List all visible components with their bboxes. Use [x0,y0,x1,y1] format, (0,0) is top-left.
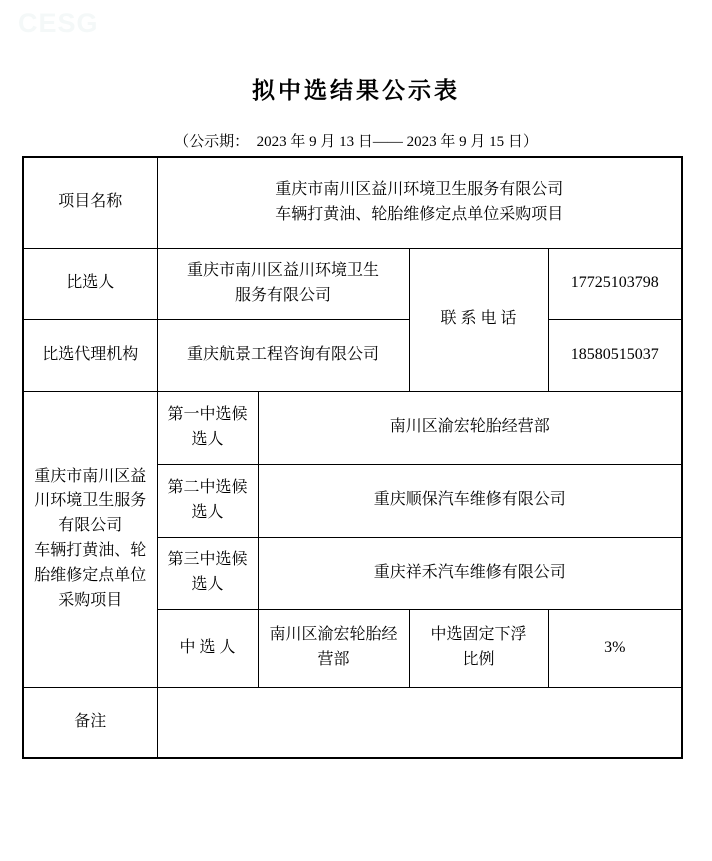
project-block-line2: 车辆打黄油、轮胎维修定点单位采购项目 [30,539,151,613]
winner-ratio-value: 3% [548,609,682,687]
project-block-cell: 重庆市南川区益川环境卫生服务有限公司 车辆打黄油、轮胎维修定点单位采购项目 [23,391,157,687]
winner-value: 南川区渝宏轮胎经营部 [258,609,409,687]
result-table: 项目名称 重庆市南川区益川环境卫生服务有限公司 车辆打黄油、轮胎维修定点单位采购… [22,156,683,759]
contact-phone-label: 联 系 电 话 [409,248,548,391]
table-row-agency: 比选代理机构 重庆航景工程咨询有限公司 18580515037 [23,319,682,391]
cesg-watermark: CESG [18,8,99,39]
candidate-3-label: 第三中选候选人 [157,537,258,609]
candidate-1-label: 第一中选候选人 [157,391,258,464]
project-name-label: 项目名称 [23,157,157,248]
table-row-selector: 比选人 重庆市南川区益川环境卫生服务有限公司 联 系 电 话 177251037… [23,248,682,319]
remarks-label: 备注 [23,687,157,758]
selector-value-text: 重庆市南川区益川环境卫生服务有限公司 [183,259,383,309]
selector-value: 重庆市南川区益川环境卫生服务有限公司 [157,248,409,319]
table-row-project-name: 项目名称 重庆市南川区益川环境卫生服务有限公司 车辆打黄油、轮胎维修定点单位采购… [23,157,682,248]
publicity-period: （公示期： 2023 年 9 月 13 日—— 2023 年 9 月 15 日） [0,130,712,151]
agency-value: 重庆航景工程咨询有限公司 [157,319,409,391]
winner-label: 中 选 人 [157,609,258,687]
candidate-2-label: 第二中选候选人 [157,464,258,537]
winner-ratio-label: 中选固定下浮比例 [409,609,548,687]
agency-label: 比选代理机构 [23,319,157,391]
winner-ratio-label-text: 中选固定下浮比例 [429,623,529,673]
page-title: 拟中选结果公示表 [0,72,712,105]
candidate-1-value: 南川区渝宏轮胎经营部 [258,391,682,464]
document-page: { "watermark": "CESG", "title": "拟中选结果公示… [0,0,712,861]
project-name-value: 重庆市南川区益川环境卫生服务有限公司 车辆打黄油、轮胎维修定点单位采购项目 [157,157,682,248]
table-row-candidate-1: 重庆市南川区益川环境卫生服务有限公司 车辆打黄油、轮胎维修定点单位采购项目 第一… [23,391,682,464]
candidate-3-value: 重庆祥禾汽车维修有限公司 [258,537,682,609]
candidate-2-value: 重庆顺保汽车维修有限公司 [258,464,682,537]
project-block-line1: 重庆市南川区益川环境卫生服务有限公司 [30,465,151,539]
table-row-remarks: 备注 [23,687,682,758]
selector-phone: 17725103798 [548,248,682,319]
project-name-line1: 重庆市南川区益川环境卫生服务有限公司 [164,178,676,203]
project-name-line2: 车辆打黄油、轮胎维修定点单位采购项目 [164,203,676,228]
agency-phone: 18580515037 [548,319,682,391]
remarks-value [157,687,682,758]
selector-label: 比选人 [23,248,157,319]
